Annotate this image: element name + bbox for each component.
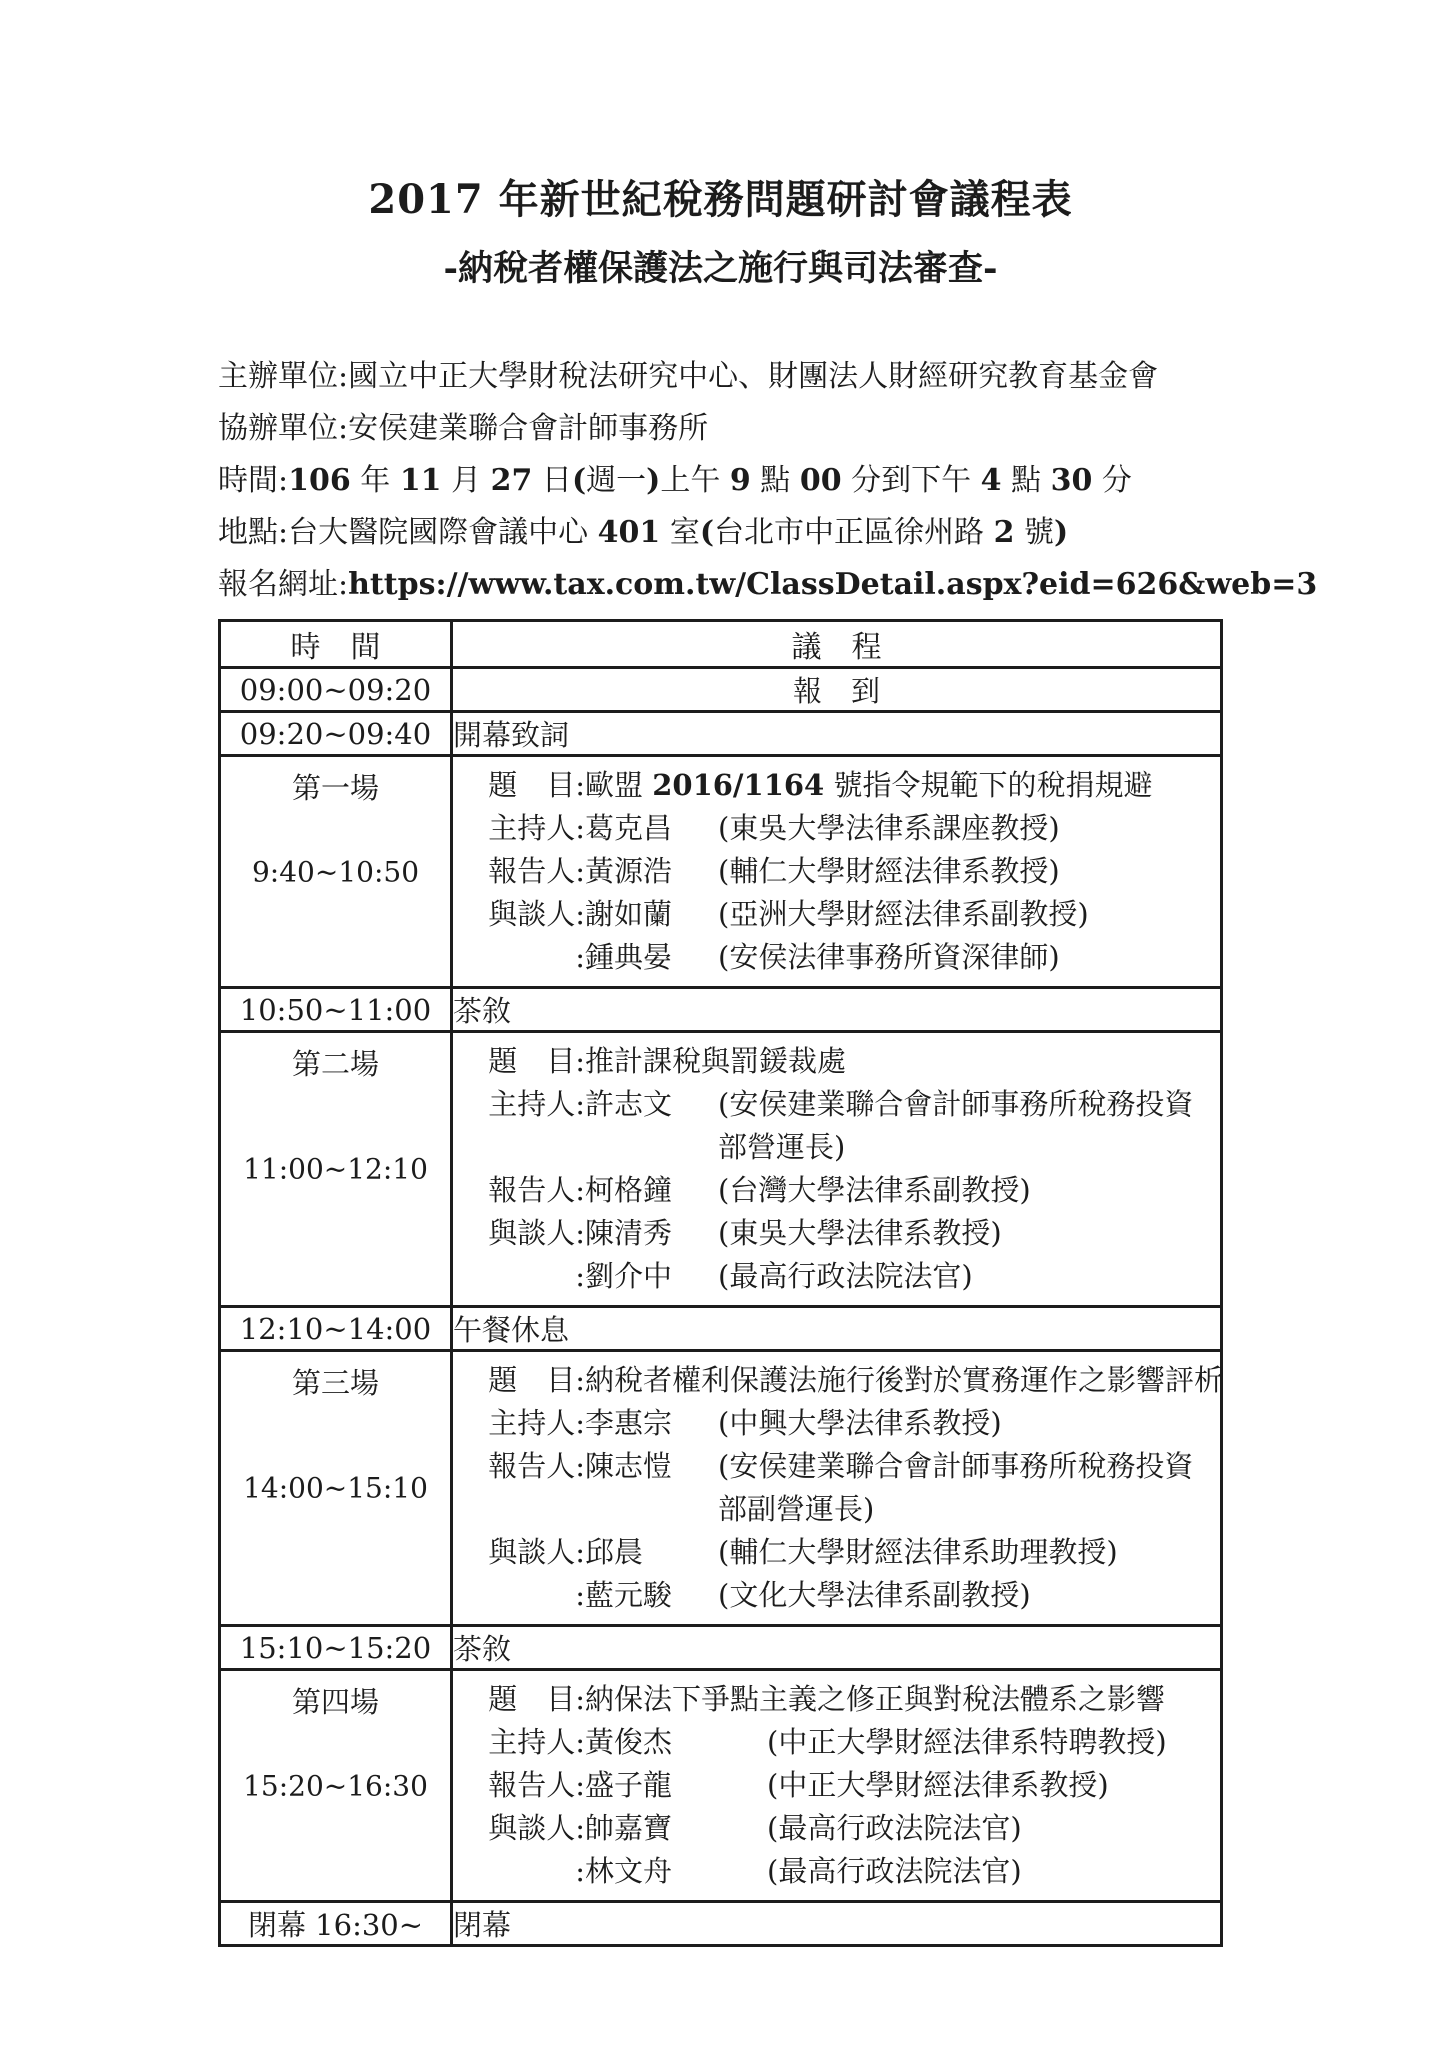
person-name: 鍾典晏: [585, 936, 718, 979]
discussant-line: 與談人:帥嘉寶(最高行政法院法官): [467, 1807, 1216, 1850]
time-cell: 第二場11:00~12:10: [220, 1032, 452, 1307]
person-name: 許志文: [585, 1083, 718, 1126]
session-row-8: 第四場15:20~16:30題 目:納保法下爭點主義之修正與對稅法體系之影響主持…: [220, 1670, 1222, 1902]
session-label: 第一場: [221, 757, 450, 807]
person-affiliation: (中正大學財經法律系教授): [767, 1764, 1197, 1807]
info-value: https://www.tax.com.tw/ClassDetail.aspx?…: [348, 567, 1317, 602]
topic-line: 題 目:歐盟 2016/1164 號指令規範下的稅捐規避: [467, 764, 1216, 807]
person-affiliation: (東吳大學法律系課座教授): [718, 807, 1196, 850]
person-name: 黃俊杰: [585, 1721, 767, 1764]
session-time: 15:20~16:30: [221, 1769, 450, 1802]
topic-text: 納保法下爭點主義之修正與對稅法體系之影響: [585, 1682, 1165, 1716]
time-cell: 09:00~09:20: [220, 668, 452, 712]
line-label: 主持人:: [467, 1083, 585, 1126]
info-label: 時間:: [218, 463, 288, 498]
info-value: 台大醫院國際會議中心 401 室(台北市中正區徐州路 2 號): [288, 515, 1068, 550]
agenda-row-1: 09:20~09:40開幕致詞: [220, 712, 1222, 756]
person-affiliation: (中興大學法律系教授): [718, 1402, 1196, 1445]
info-line-location: 地點:台大醫院國際會議中心 401 室(台北市中正區徐州路 2 號): [218, 507, 1223, 559]
time-cell: 15:10~15:20: [220, 1626, 452, 1670]
info-value: 安侯建業聯合會計師事務所: [348, 411, 708, 446]
info-label: 主辦單位:: [218, 359, 348, 394]
person-name: 盛子龍: [585, 1764, 767, 1807]
line-label: 與談人:: [467, 1212, 585, 1255]
line-label: :: [467, 1574, 585, 1617]
discussant-cont-line: :林文舟(最高行政法院法官): [467, 1850, 1216, 1893]
person-affiliation: (文化大學法律系副教授): [718, 1574, 1196, 1617]
person-affiliation: (亞洲大學財經法律系副教授): [718, 893, 1196, 936]
topic-line: 題 目:推計課稅與罰鍰裁處: [467, 1040, 1216, 1083]
line-label: 報告人:: [467, 850, 585, 893]
host-line: 主持人:李惠宗(中興大學法律系教授): [467, 1402, 1216, 1445]
person-affiliation: (東吳大學法律系教授): [718, 1212, 1196, 1255]
agenda-cell: 題 目:納保法下爭點主義之修正與對稅法體系之影響主持人:黃俊杰(中正大學財經法律…: [452, 1670, 1222, 1902]
line-label: 題 目:: [467, 1040, 585, 1083]
discussant-cont-line: :藍元駿(文化大學法律系副教授): [467, 1574, 1216, 1617]
line-label: 與談人:: [467, 1531, 585, 1574]
agenda-row-9: 閉幕 16:30~閉幕: [220, 1902, 1222, 1946]
line-label: 主持人:: [467, 1721, 585, 1764]
session-time: 11:00~12:10: [221, 1153, 450, 1186]
person-name: 柯格鐘: [585, 1169, 718, 1212]
agenda-cell: 開幕致詞: [452, 712, 1222, 756]
person-affiliation: (安侯建業聯合會計師事務所稅務投資部營運長): [718, 1083, 1196, 1169]
time-cell: 第三場14:00~15:10: [220, 1351, 452, 1626]
info-label: 協辦單位:: [218, 411, 348, 446]
person-affiliation: (最高行政法院法官): [767, 1807, 1197, 1850]
agenda-cell: 茶敘: [452, 1626, 1222, 1670]
person-name: 陳志愷: [585, 1445, 718, 1488]
info-value: 106 年 11 月 27 日(週一)上午 9 點 00 分到下午 4 點 30…: [288, 463, 1132, 498]
agenda-header-row: 時 間 議 程: [220, 621, 1222, 668]
agenda-cell: 題 目:納稅者權利保護法施行後對於實務運作之影響評析主持人:李惠宗(中興大學法律…: [452, 1351, 1222, 1626]
discussant-cont-line: :劉介中(最高行政法院法官): [467, 1255, 1216, 1298]
time-cell: 第一場9:40~10:50: [220, 756, 452, 988]
agenda-table: 時 間 議 程 09:00~09:20報 到09:20~09:40開幕致詞第一場…: [218, 619, 1223, 1947]
line-label: 主持人:: [467, 807, 585, 850]
person-name: 黃源浩: [585, 850, 718, 893]
line-label: 報告人:: [467, 1764, 585, 1807]
person-name: 帥嘉寶: [585, 1807, 767, 1850]
line-label: 與談人:: [467, 893, 585, 936]
agenda-cell: 茶敘: [452, 988, 1222, 1032]
line-label: :: [467, 1850, 585, 1893]
agenda-row-3: 10:50~11:00茶敘: [220, 988, 1222, 1032]
line-label: :: [467, 936, 585, 979]
time-cell: 閉幕 16:30~: [220, 1902, 452, 1946]
line-label: 報告人:: [467, 1445, 585, 1488]
session-label: 第四場: [221, 1671, 450, 1721]
agenda-row-7: 15:10~15:20茶敘: [220, 1626, 1222, 1670]
discussant-cont-line: :鍾典晏(安侯法律事務所資深律師): [467, 936, 1216, 979]
person-name: 李惠宗: [585, 1402, 718, 1445]
agenda-cell: 閉幕: [452, 1902, 1222, 1946]
person-name: 謝如蘭: [585, 893, 718, 936]
document-page: 2017 年新世紀稅務問題研討會議程表 -納稅者權保護法之施行與司法審查- 主辦…: [218, 0, 1223, 1947]
person-name: 陳清秀: [585, 1212, 718, 1255]
person-name: 葛克昌: [585, 807, 718, 850]
topic-line: 題 目:納稅者權利保護法施行後對於實務運作之影響評析: [467, 1359, 1216, 1402]
person-name: 劉介中: [585, 1255, 718, 1298]
session-row-4: 第二場11:00~12:10題 目:推計課稅與罰鍰裁處主持人:許志文(安侯建業聯…: [220, 1032, 1222, 1307]
agenda-cell: 午餐休息: [452, 1307, 1222, 1351]
agenda-cell: 題 目:推計課稅與罰鍰裁處主持人:許志文(安侯建業聯合會計師事務所稅務投資部營運…: [452, 1032, 1222, 1307]
line-label: 報告人:: [467, 1169, 585, 1212]
info-line-registration-url: 報名網址:https://www.tax.com.tw/ClassDetail.…: [218, 559, 1223, 611]
topic-text: 推計課稅與罰鍰裁處: [585, 1044, 846, 1078]
topic-text: 納稅者權利保護法施行後對於實務運作之影響評析: [585, 1363, 1222, 1397]
info-line-organizer: 主辦單位:國立中正大學財稅法研究中心、財團法人財經研究教育基金會: [218, 351, 1223, 403]
line-label: 題 目:: [467, 764, 585, 807]
discussant-line: 與談人:謝如蘭(亞洲大學財經法律系副教授): [467, 893, 1216, 936]
time-cell: 09:20~09:40: [220, 712, 452, 756]
presenter-line: 報告人:陳志愷(安侯建業聯合會計師事務所稅務投資部副營運長): [467, 1445, 1216, 1531]
info-line-co-organizer: 協辦單位:安侯建業聯合會計師事務所: [218, 403, 1223, 455]
presenter-line: 報告人:盛子龍(中正大學財經法律系教授): [467, 1764, 1216, 1807]
person-affiliation: (最高行政法院法官): [718, 1255, 1196, 1298]
person-affiliation: (中正大學財經法律系特聘教授): [767, 1721, 1197, 1764]
line-label: 題 目:: [467, 1678, 585, 1721]
person-affiliation: (輔仁大學財經法律系教授): [718, 850, 1196, 893]
info-label: 報名網址:: [218, 567, 348, 602]
discussant-line: 與談人:陳清秀(東吳大學法律系教授): [467, 1212, 1216, 1255]
topic-text: 歐盟 2016/1164 號指令規範下的稅捐規避: [585, 768, 1152, 802]
time-cell: 12:10~14:00: [220, 1307, 452, 1351]
presenter-line: 報告人:黃源浩(輔仁大學財經法律系教授): [467, 850, 1216, 893]
person-name: 藍元駿: [585, 1574, 718, 1617]
agenda-cell: 報 到: [452, 668, 1222, 712]
session-label: 第三場: [221, 1352, 450, 1402]
info-value: 國立中正大學財稅法研究中心、財團法人財經研究教育基金會: [348, 359, 1158, 394]
info-section: 主辦單位:國立中正大學財稅法研究中心、財團法人財經研究教育基金會協辦單位:安侯建…: [218, 351, 1223, 611]
info-label: 地點:: [218, 515, 288, 550]
session-time: 14:00~15:10: [221, 1472, 450, 1505]
person-affiliation: (輔仁大學財經法律系助理教授): [718, 1531, 1196, 1574]
person-affiliation: (台灣大學法律系副教授): [718, 1169, 1196, 1212]
info-line-time: 時間:106 年 11 月 27 日(週一)上午 9 點 00 分到下午 4 點…: [218, 455, 1223, 507]
person-name: 林文舟: [585, 1850, 767, 1893]
line-label: :: [467, 1255, 585, 1298]
person-affiliation: (最高行政法院法官): [767, 1850, 1197, 1893]
line-label: 題 目:: [467, 1359, 585, 1402]
discussant-line: 與談人:邱晨(輔仁大學財經法律系助理教授): [467, 1531, 1216, 1574]
line-label: 與談人:: [467, 1807, 585, 1850]
person-affiliation: (安侯法律事務所資深律師): [718, 936, 1196, 979]
host-line: 主持人:許志文(安侯建業聯合會計師事務所稅務投資部營運長): [467, 1083, 1216, 1169]
agenda-cell: 題 目:歐盟 2016/1164 號指令規範下的稅捐規避主持人:葛克昌(東吳大學…: [452, 756, 1222, 988]
agenda-row-0: 09:00~09:20報 到: [220, 668, 1222, 712]
session-row-2: 第一場9:40~10:50題 目:歐盟 2016/1164 號指令規範下的稅捐規…: [220, 756, 1222, 988]
line-label: 主持人:: [467, 1402, 585, 1445]
session-time: 9:40~10:50: [221, 855, 450, 888]
time-cell: 10:50~11:00: [220, 988, 452, 1032]
session-label: 第二場: [221, 1033, 450, 1083]
host-line: 主持人:黃俊杰(中正大學財經法律系特聘教授): [467, 1721, 1216, 1764]
session-row-6: 第三場14:00~15:10題 目:納稅者權利保護法施行後對於實務運作之影響評析…: [220, 1351, 1222, 1626]
host-line: 主持人:葛克昌(東吳大學法律系課座教授): [467, 807, 1216, 850]
page-subtitle: -納稅者權保護法之施行與司法審查-: [218, 241, 1223, 291]
page-title: 2017 年新世紀稅務問題研討會議程表: [218, 0, 1223, 225]
time-cell: 第四場15:20~16:30: [220, 1670, 452, 1902]
person-name: 邱晨: [585, 1531, 718, 1574]
time-column-header: 時 間: [220, 621, 452, 668]
agenda-row-5: 12:10~14:00午餐休息: [220, 1307, 1222, 1351]
topic-line: 題 目:納保法下爭點主義之修正與對稅法體系之影響: [467, 1678, 1216, 1721]
presenter-line: 報告人:柯格鐘(台灣大學法律系副教授): [467, 1169, 1216, 1212]
person-affiliation: (安侯建業聯合會計師事務所稅務投資部副營運長): [718, 1445, 1196, 1531]
agenda-column-header: 議 程: [452, 621, 1222, 668]
